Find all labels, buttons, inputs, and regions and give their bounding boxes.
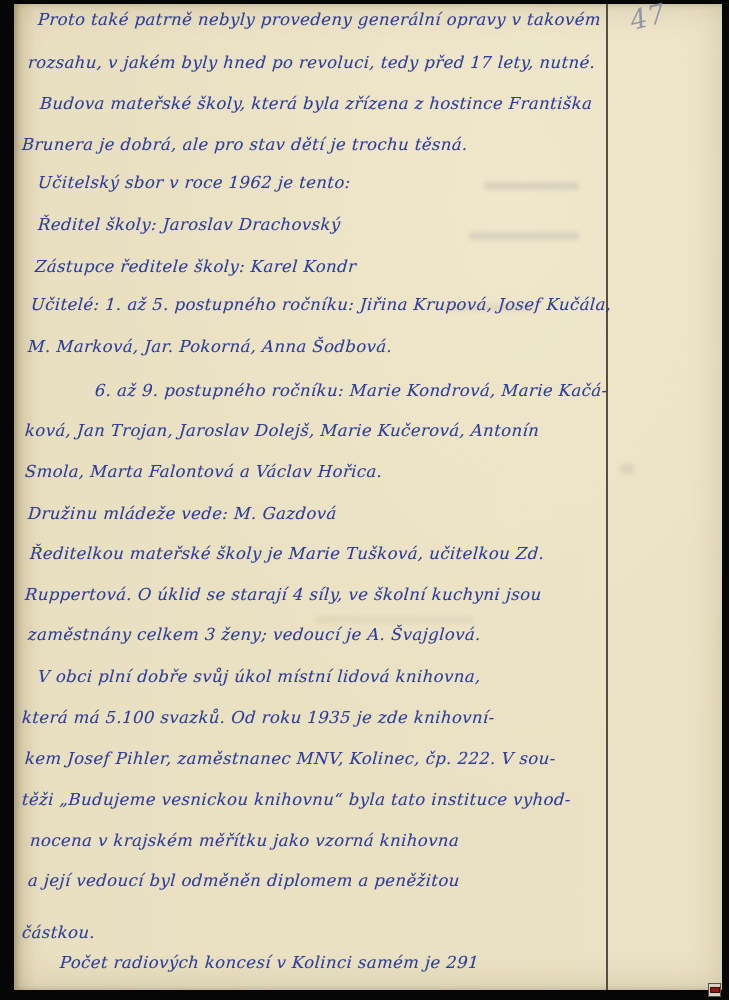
ink-bleed-through bbox=[314, 616, 474, 623]
handwritten-line: zaměstnány celkem 3 ženy; vedoucí je A. … bbox=[27, 625, 481, 644]
handwritten-line: nocena v krajském měřítku jako vzorná kn… bbox=[29, 831, 460, 850]
handwritten-line: ková, Jan Trojan, Jaroslav Dolejš, Marie… bbox=[24, 421, 540, 440]
corner-watermark-bar bbox=[710, 987, 720, 993]
ink-bleed-through bbox=[444, 304, 534, 311]
handwritten-line: 6. až 9. postupného ročníku: Marie Kondr… bbox=[94, 381, 608, 400]
handwritten-line: částkou. bbox=[21, 923, 96, 942]
handwritten-line: Proto také patrně nebyly provedeny gener… bbox=[37, 10, 601, 29]
handwritten-line: Počet radiových koncesí v Kolinci samém … bbox=[59, 953, 479, 972]
handwritten-line: a její vedoucí byl odměněn diplomem a pe… bbox=[27, 871, 460, 890]
handwritten-line: kem Josef Pihler, zaměstnanec MNV, Kolin… bbox=[24, 749, 556, 768]
handwritten-line: M. Marková, Jar. Pokorná, Anna Šodbová. bbox=[27, 337, 393, 356]
ink-bleed-through bbox=[469, 232, 579, 240]
handwritten-line: která má 5.100 svazků. Od roku 1935 je z… bbox=[21, 708, 495, 727]
handwritten-line: Smola, Marta Falontová a Václav Hořica. bbox=[24, 462, 383, 481]
handwritten-line: Učitelský sbor v roce 1962 je tento: bbox=[37, 173, 351, 192]
handwritten-line: rozsahu, v jakém byly hned po revoluci, … bbox=[27, 53, 596, 72]
handwritten-text-block: Proto také patrně nebyly provedeny gener… bbox=[14, 4, 722, 990]
handwritten-line: Ruppertová. O úklid se starají 4 síly, v… bbox=[24, 585, 542, 604]
handwritten-line: Zástupce ředitele školy: Karel Kondr bbox=[34, 257, 357, 276]
handwritten-line: Budova mateřské školy, která byla zřízen… bbox=[39, 94, 593, 113]
handwritten-line: těži „Budujeme vesnickou knihovnu“ byla … bbox=[21, 790, 571, 809]
paper-sheet: 47 Proto také patrně nebyly provedeny ge… bbox=[14, 4, 722, 990]
handwritten-line: Ředitelkou mateřské školy je Marie Tuško… bbox=[29, 544, 545, 563]
handwritten-line: Brunera je dobrá, ale pro stav dětí je t… bbox=[21, 135, 468, 154]
ink-bleed-through bbox=[484, 182, 579, 190]
handwritten-line: V obci plní dobře svůj úkol místní lidov… bbox=[37, 667, 481, 686]
handwritten-line: Ředitel školy: Jaroslav Drachovský bbox=[37, 215, 341, 234]
scanned-chronicle-page: 47 Proto také patrně nebyly provedeny ge… bbox=[0, 0, 729, 1000]
corner-watermark-icon bbox=[708, 983, 721, 997]
handwritten-line: Družinu mládeže vede: M. Gazdová bbox=[27, 504, 337, 523]
ink-bleed-through bbox=[620, 464, 634, 474]
